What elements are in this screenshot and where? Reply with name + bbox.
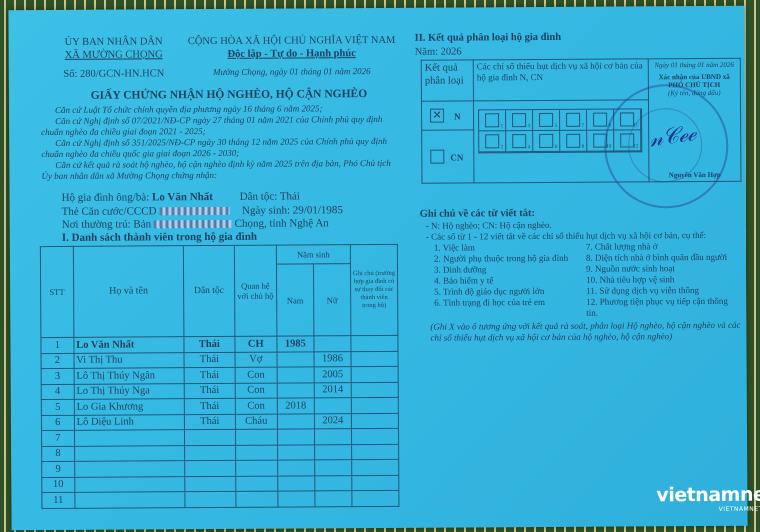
cell-male xyxy=(277,367,314,383)
cell-ethnicity xyxy=(185,429,236,445)
legend-item: 5. Trình độ giáo dục người lớn xyxy=(434,286,586,298)
cell-female xyxy=(314,336,351,352)
legend-item: 7. Chất lượng nhà ở xyxy=(586,241,736,253)
household-info: Hộ gia đình ông/bà: Lo Văn Nhất Dân tộc:… xyxy=(62,190,402,233)
residence-label: Nơi thường trú: Bản xyxy=(62,218,151,231)
cell-female xyxy=(315,444,352,460)
indicator-cell[interactable]: 2 xyxy=(479,131,506,152)
cell-note xyxy=(351,351,398,367)
cell-stt: 8 xyxy=(42,446,75,462)
residence-suffix: Chọng, tỉnh Nghệ An xyxy=(235,217,329,230)
option-poor-label: N xyxy=(454,111,461,121)
col-stt: STT xyxy=(40,246,73,337)
cell-note xyxy=(352,490,399,506)
indicator-checkbox[interactable] xyxy=(485,113,499,127)
cell-female: 2005 xyxy=(314,367,351,383)
cell-ethnicity xyxy=(185,445,236,461)
cell-ethnicity: Thái xyxy=(184,367,235,383)
cell-male xyxy=(277,429,314,445)
redacted-village xyxy=(154,220,232,228)
cell-stt: 3 xyxy=(41,368,74,384)
cell-stt: 4 xyxy=(41,384,74,400)
option-near-poor[interactable]: CN xyxy=(422,130,474,183)
ethnicity: Dân tộc: Thái xyxy=(240,190,300,202)
cell-female: 2024 xyxy=(314,413,351,429)
cell-male: 1985 xyxy=(277,336,314,352)
checkbox-near-poor[interactable] xyxy=(430,150,444,164)
cell-relation: Con xyxy=(235,367,277,383)
indicator-number: 1 xyxy=(501,124,504,129)
cell-female xyxy=(314,398,351,414)
indicator-cell[interactable]: 8 xyxy=(560,131,587,152)
head-label: Hộ gia đình ông/bà: xyxy=(62,191,150,204)
national-block: CỘNG HÒA XÃ HỘI CHỦ NGHĨA VIỆT NAM Độc l… xyxy=(177,34,407,78)
cell-note xyxy=(352,475,399,491)
cell-name: Lô Thị Thúy Ngân xyxy=(74,368,184,384)
basis-3: Căn cứ Nghị định số 351/2025/NĐ-CP ngày … xyxy=(41,136,397,160)
cell-name xyxy=(74,430,184,446)
cell-female xyxy=(314,429,351,445)
indicator-cell[interactable]: 4 xyxy=(506,131,533,152)
id-label: Thẻ Căn cước/CCCD xyxy=(62,205,157,218)
cell-relation xyxy=(236,491,278,507)
cell-relation: CH xyxy=(235,336,277,352)
indicator-number: 7 xyxy=(582,124,585,129)
cell-stt: 6 xyxy=(41,415,74,431)
legend-item: 9. Nguồn nước sinh hoạt xyxy=(586,263,736,275)
basis-4: Căn cứ kết quả rà soát hộ nghèo, hộ cận … xyxy=(41,158,397,182)
cell-name: Lô Diệu Linh xyxy=(74,414,184,430)
cell-name: Vi Thị Thu xyxy=(74,352,184,368)
table-row: 11 xyxy=(42,490,399,508)
cell-stt: 1 xyxy=(41,337,74,353)
cell-male xyxy=(278,460,315,476)
section2-title: II. Kết quả phân loại hộ gia đình xyxy=(415,31,562,45)
option-poor[interactable]: ✕ N xyxy=(421,101,473,130)
cell-stt: 5 xyxy=(41,399,74,415)
cell-stt: 10 xyxy=(42,477,75,493)
legend-item: 12. Phương tiện phục vụ tiếp cận thông t… xyxy=(586,296,736,319)
cell-note xyxy=(351,366,398,382)
indicator-checkbox[interactable] xyxy=(512,113,526,127)
indicator-legend: 1. Việc làm2. Người phụ thuộc trong hộ g… xyxy=(434,241,745,320)
col-result: Kết quả phân loại xyxy=(421,60,473,101)
watermark-domain: VIETNAMNET.VN xyxy=(656,506,760,514)
indicator-checkbox[interactable] xyxy=(593,113,607,127)
cell-relation xyxy=(235,445,277,461)
members-table: STT Họ và tên Dân tộc Quan hệ với chủ hộ… xyxy=(40,244,400,509)
indicator-checkbox[interactable] xyxy=(485,134,499,148)
cell-note xyxy=(352,444,399,460)
cell-note xyxy=(351,413,398,429)
cell-relation: Vợ xyxy=(235,352,277,368)
cell-stt: 2 xyxy=(41,353,74,369)
indicator-checkbox[interactable] xyxy=(539,113,553,127)
legend-item: 1. Việc làm xyxy=(434,242,586,254)
cell-ethnicity: Thái xyxy=(184,383,235,399)
cell-relation: Con xyxy=(235,398,277,414)
cell-male xyxy=(277,382,314,398)
cell-relation: Cháu xyxy=(235,414,277,430)
cell-name xyxy=(75,476,185,492)
cell-relation xyxy=(235,476,277,492)
doc-number: Số: 280/GCN-HN.HCN xyxy=(49,67,179,81)
cell-note xyxy=(351,428,398,444)
cell-name: Lo Thị Thúy Nga xyxy=(74,383,184,399)
vietnamnet-watermark: vietnamnet VIETNAMNET.VN xyxy=(656,484,760,514)
legend-left: 1. Việc làm2. Người phụ thuộc trong hộ g… xyxy=(434,242,586,320)
indicator-checkbox[interactable] xyxy=(512,134,526,148)
legend-item: 6. Tình trạng đi học của trẻ em xyxy=(434,297,586,309)
cell-name xyxy=(74,445,184,461)
basis-2: Căn cứ Nghị định số 07/2021/NĐ-CP ngày 2… xyxy=(41,114,397,138)
indicator-number: 3 xyxy=(528,124,531,129)
legend-item: 4. Bảo hiểm y tế xyxy=(434,275,586,287)
cell-ethnicity xyxy=(185,491,236,507)
cell-name xyxy=(75,492,185,508)
notes-block: Ghi chú về các từ viết tắt: - N: Hộ nghè… xyxy=(420,206,746,344)
indicator-cell[interactable]: 6 xyxy=(533,131,560,152)
cell-male xyxy=(278,444,315,460)
cell-ethnicity xyxy=(185,476,236,492)
cell-female xyxy=(315,475,352,491)
indicator-number: 4 xyxy=(528,145,531,150)
motto: Độc lập - Tự do - Hạnh phúc xyxy=(177,47,407,61)
indicator-number: 8 xyxy=(582,145,585,150)
cell-stt: 9 xyxy=(42,461,75,477)
cell-ethnicity: Thái xyxy=(184,352,235,368)
watermark-brand: vietnamnet xyxy=(656,484,760,507)
legend-item: 11. Sử dụng dịch vụ viễn thông xyxy=(586,285,736,297)
cell-ethnicity: Thái xyxy=(184,336,235,352)
cell-female xyxy=(315,491,352,507)
cell-relation xyxy=(235,429,277,445)
indicator-cell[interactable]: 5 xyxy=(533,110,560,131)
legend-right: 7. Chất lượng nhà ở8. Diện tích nhà ở bì… xyxy=(586,241,736,319)
checkbox-poor[interactable]: ✕ xyxy=(430,109,444,123)
certificate-paper: ỦY BAN NHÂN DÂN XÃ MƯỜNG CHỌNG Số: 280/G… xyxy=(8,6,747,530)
cell-note xyxy=(351,335,398,351)
indicator-cell[interactable]: 1 xyxy=(479,110,506,131)
legal-bases: Căn cứ Luật Tổ chức chính quyền địa phươ… xyxy=(41,103,397,182)
agency-line1: ỦY BAN NHÂN DÂN xyxy=(49,35,179,49)
document-title: GIẤY CHỨNG NHẬN HỘ NGHÈO, HỘ CẬN NGHÈO xyxy=(49,88,409,102)
date-of-birth: Ngày sinh: 29/01/1985 xyxy=(242,204,343,217)
cell-male xyxy=(278,475,315,491)
legend-item: 8. Diện tích nhà ở bình quân đầu người xyxy=(586,252,736,264)
cell-ethnicity xyxy=(185,460,236,476)
cell-male: 2018 xyxy=(277,398,314,414)
col-relation: Quan hệ với chủ hộ xyxy=(234,245,277,336)
col-female: Nữ xyxy=(313,264,350,336)
cell-female xyxy=(315,460,352,476)
notes-instruction: (Ghi X vào ô tương ứng với kết quả rà so… xyxy=(430,320,745,344)
agency-line2: XÃ MƯỜNG CHỌNG xyxy=(49,48,179,62)
section1-title: I. Danh sách thành viên trong hộ gia đìn… xyxy=(62,231,257,244)
indicator-checkbox[interactable] xyxy=(566,134,580,148)
indicator-number: 5 xyxy=(555,124,558,129)
cell-name: Lo Văn Nhất xyxy=(74,337,184,353)
confirm-by: Xác nhận của UBND xã xyxy=(651,73,738,82)
cell-stt: 11 xyxy=(42,492,75,508)
col-note: Ghi chú (trường hợp gia đình có sự thay … xyxy=(350,244,398,335)
cell-note xyxy=(351,382,398,398)
members-body: 1Lo Văn NhấtTháiCH19852Vi Thị ThuTháiVợ1… xyxy=(41,335,399,508)
col-ethnicity: Dân tộc xyxy=(183,245,234,336)
cell-relation: Con xyxy=(235,383,277,399)
legend-item: 2. Người phụ thuộc trong hộ gia đình xyxy=(434,253,586,265)
indicator-checkbox[interactable] xyxy=(539,134,553,148)
place-date: Mường Chọng, ngày 01 tháng 01 năm 2026 xyxy=(177,66,407,78)
col-name: Họ và tên xyxy=(73,246,184,338)
option-near-poor-label: CN xyxy=(450,152,463,162)
cell-ethnicity: Thái xyxy=(184,398,235,414)
indicator-number: 6 xyxy=(555,145,558,150)
indicator-number: 2 xyxy=(501,145,504,150)
indicator-cell[interactable]: 3 xyxy=(506,110,533,131)
col-male: Nam xyxy=(276,264,313,336)
cell-ethnicity: Thái xyxy=(184,414,235,430)
col-indicators: Các chỉ số thiếu hụt dịch vụ xã hội cơ b… xyxy=(473,59,648,101)
redacted-id xyxy=(159,207,229,215)
country-name: CỘNG HÒA XÃ HỘI CHỦ NGHĨA VIỆT NAM xyxy=(177,34,407,48)
col-birth-year: Năm sinh xyxy=(276,245,350,264)
cell-note xyxy=(352,459,399,475)
cell-female: 1986 xyxy=(314,351,351,367)
cell-name xyxy=(74,461,184,477)
legend-item: 3. Dinh dưỡng xyxy=(434,264,586,276)
cell-note xyxy=(351,397,398,413)
cell-relation xyxy=(235,460,277,476)
cell-male xyxy=(277,413,314,429)
indicator-checkbox[interactable] xyxy=(566,113,580,127)
head-name: Lo Văn Nhất xyxy=(152,191,213,203)
agency-block: ỦY BAN NHÂN DÂN XÃ MƯỜNG CHỌNG Số: 280/G… xyxy=(49,35,179,81)
cell-male xyxy=(277,351,314,367)
indicator-cell[interactable]: 7 xyxy=(560,110,587,131)
cell-stt: 7 xyxy=(41,430,74,446)
legend-item: 10. Nhà tiêu hợp vệ sinh xyxy=(586,274,736,286)
cell-male xyxy=(278,491,315,507)
cell-name: Lo Gia Khương xyxy=(74,399,184,415)
classification-year: Năm: 2026 xyxy=(415,45,462,58)
confirm-date: Ngày 01 tháng 01 năm 2026 xyxy=(650,61,737,70)
cell-female: 2014 xyxy=(314,382,351,398)
